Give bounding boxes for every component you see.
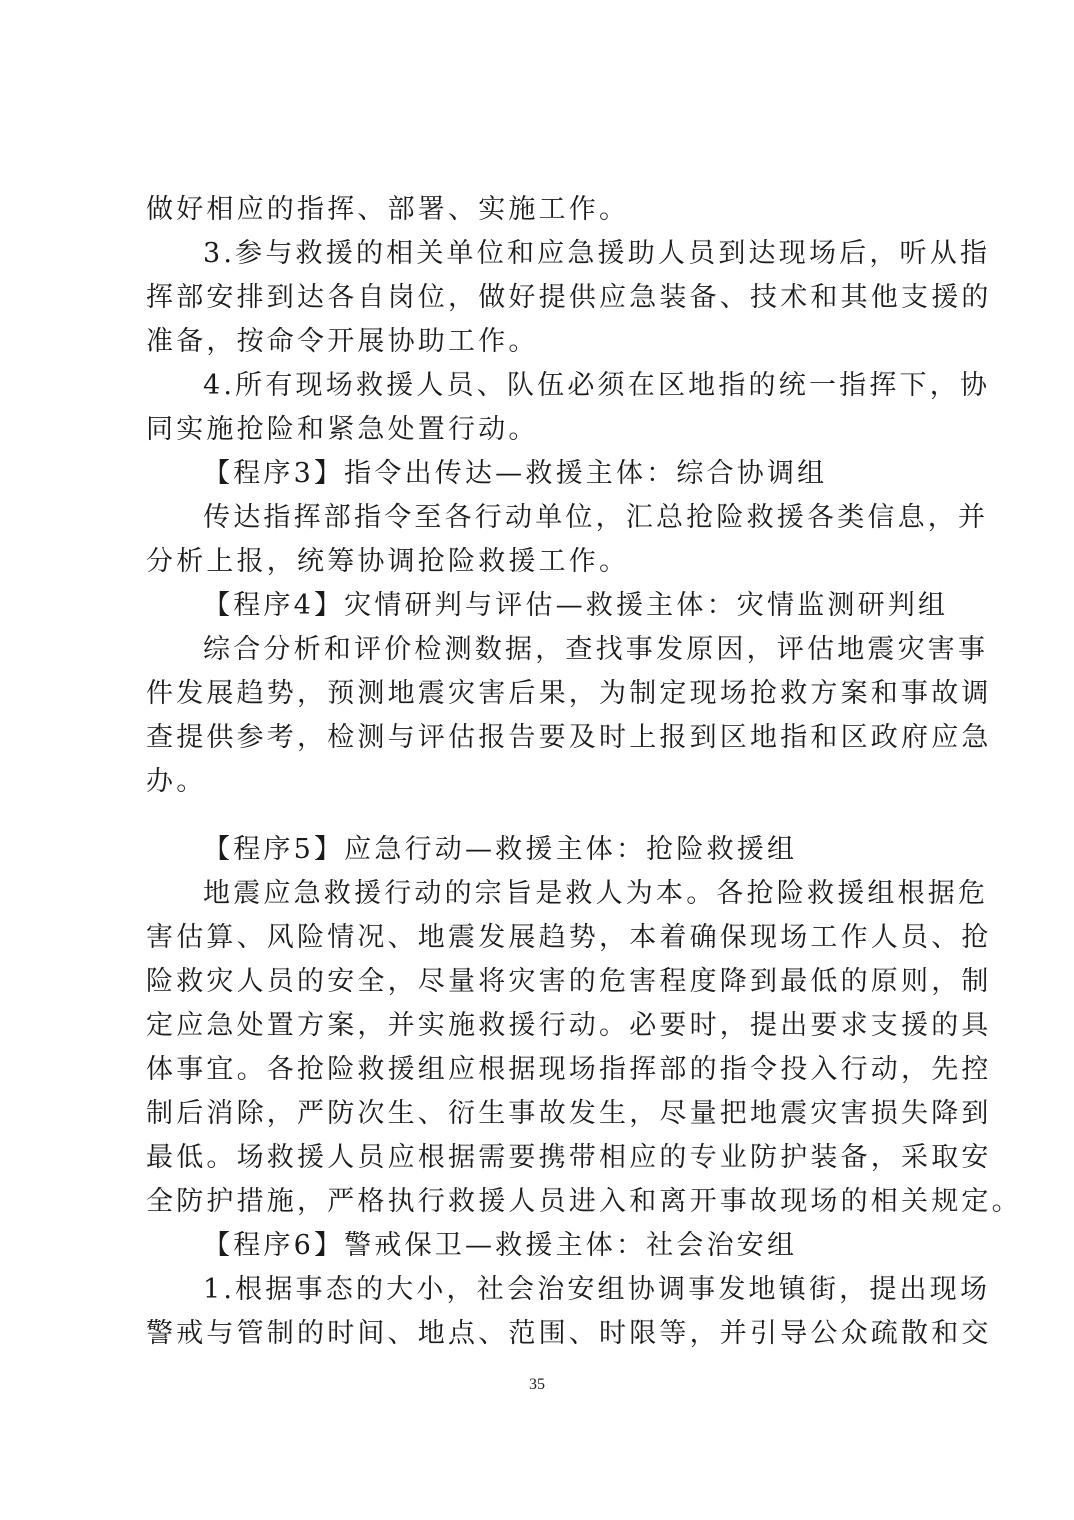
- list-item-4: 4.所有现场救援人员、队伍必须在区地指的统一指挥下，协: [203, 366, 1003, 406]
- body-line: 同实施抢险和紧急处置行动。: [146, 410, 946, 450]
- body-line: 险救灾人员的安全，尽量将灾害的危害程度降到最低的原则，制: [146, 962, 946, 1002]
- body-line: 分析上报，统筹协调抢险救援工作。: [146, 542, 946, 582]
- body-line: 办。: [146, 762, 946, 802]
- list-item-3: 3.参与救援的相关单位和应急援助人员到达现场后，听从指: [203, 234, 1003, 274]
- paragraph-start: 地震应急救援行动的宗旨是救人为本。各抢险救援组根据危: [203, 874, 1003, 914]
- page-number: 35: [0, 1376, 1074, 1394]
- body-line: 制后消除，严防次生、衍生事故发生，尽量把地震灾害损失降到: [146, 1094, 946, 1134]
- body-line: 体事宜。各抢险救援组应根据现场指挥部的指令投入行动，先控: [146, 1050, 946, 1090]
- body-line: 定应急处置方案，并实施救援行动。必要时，提出要求支援的具: [146, 1006, 946, 1046]
- body-line: 挥部安排到达各自岗位，做好提供应急装备、技术和其他支援的: [146, 278, 946, 318]
- section-heading-procedure-6: 【程序6】警戒保卫—救援主体：社会治安组: [203, 1226, 1003, 1266]
- body-line: 准备，按命令开展协助工作。: [146, 322, 946, 362]
- section-heading-procedure-3: 【程序3】指令出传达—救援主体：综合协调组: [203, 454, 1003, 494]
- section-heading-procedure-5: 【程序5】应急行动—救援主体：抢险救援组: [203, 830, 1003, 870]
- paragraph-start: 传达指挥部指令至各行动单位，汇总抢险救援各类信息，并: [203, 498, 1003, 538]
- section-heading-procedure-4: 【程序4】灾情研判与评估—救援主体：灾情监测研判组: [203, 586, 1003, 626]
- body-line: 害估算、风险情况、地震发展趋势，本着确保现场工作人员、抢: [146, 918, 946, 958]
- body-line: 全防护措施，严格执行救援人员进入和离开事故现场的相关规定。: [146, 1182, 946, 1222]
- body-line: 件发展趋势，预测地震灾害后果，为制定现场抢救方案和事故调: [146, 674, 946, 714]
- document-page: 做好相应的指挥、部署、实施工作。 3.参与救援的相关单位和应急援助人员到达现场后…: [0, 0, 1074, 1520]
- body-line: 做好相应的指挥、部署、实施工作。: [146, 190, 946, 230]
- paragraph-start: 综合分析和评价检测数据，查找事发原因，评估地震灾害事: [203, 630, 1003, 670]
- body-line: 警戒与管制的时间、地点、范围、时限等，并引导公众疏散和交: [146, 1314, 946, 1354]
- body-line: 查提供参考，检测与评估报告要及时上报到区地指和区政府应急: [146, 718, 946, 758]
- body-line: 最低。场救援人员应根据需要携带相应的专业防护装备，采取安: [146, 1138, 946, 1178]
- list-item-1: 1.根据事态的大小，社会治安组协调事发地镇街，提出现场: [203, 1270, 1003, 1310]
